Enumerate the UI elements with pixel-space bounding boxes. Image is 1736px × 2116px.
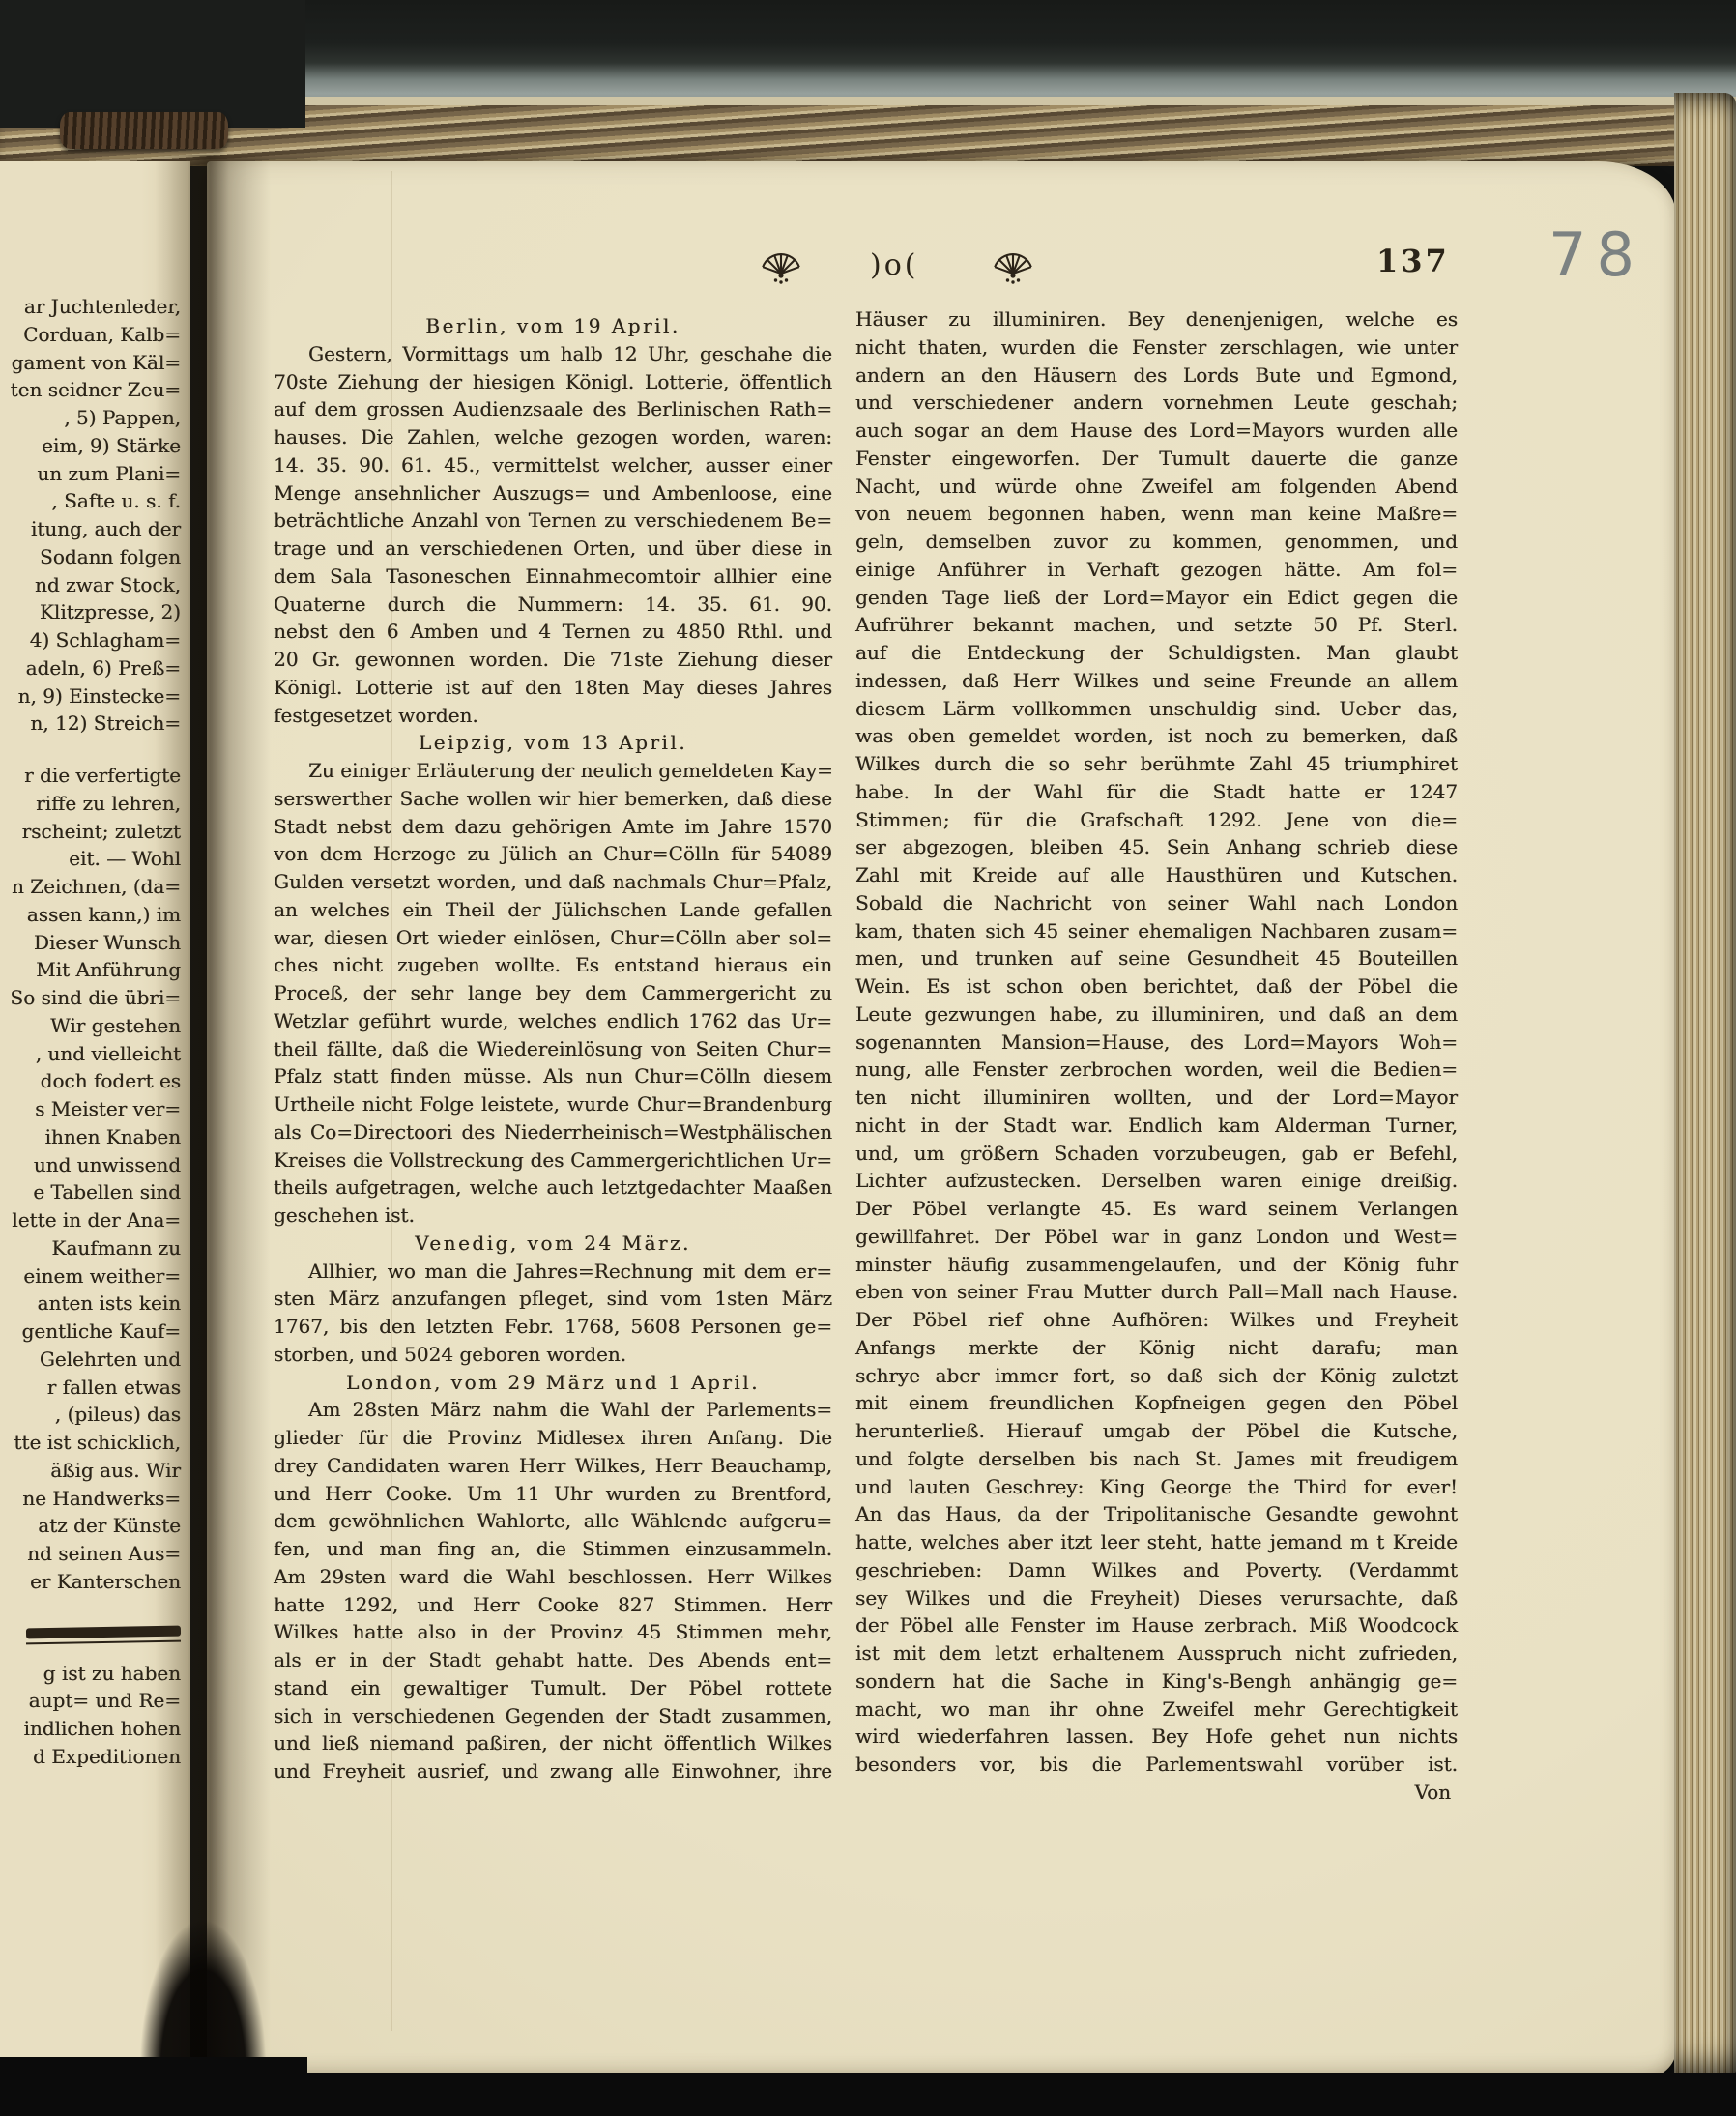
text-line: Nacht, und würde ohne Zweifel am folgend… <box>855 475 1458 503</box>
text-line: festgesetzet worden. <box>274 704 832 732</box>
right-column: Häuser zu illuminiren. Bey denenjenigen,… <box>855 307 1458 1781</box>
text-line: der Pöbel alle Fenster im Hause zerbrach… <box>855 1613 1458 1641</box>
text-line: n, 9) Einstecke= <box>0 684 181 712</box>
text-line: Zu einiger Erläuterung der neulich gemel… <box>274 759 832 787</box>
text-line: Dieser Wunsch <box>0 931 181 959</box>
text-line: wird wiederfahren lassen. Bey Hofe gehet… <box>855 1725 1458 1753</box>
text-line: So sind die übri= <box>0 986 181 1014</box>
text-line: nd seinen Aus= <box>0 1542 181 1570</box>
text-line: g ist zu haben <box>0 1662 181 1690</box>
text-line: herunterließ. Hierauf umgab der Pöbel di… <box>855 1419 1458 1447</box>
text-line: ten seidner Zeu= <box>0 378 181 406</box>
text-line: Aufrührer bekannt machen, und setzte 50 … <box>855 613 1458 641</box>
text-line: gament von Käl= <box>0 351 181 379</box>
text-line: assen kann,) im <box>0 903 181 931</box>
text-line: dem gewöhnlichen Wahlorte, alle Wählende… <box>274 1509 832 1537</box>
text-line: theil fällte, daß die Wiedereinlösung vo… <box>274 1037 832 1065</box>
text-line: Urtheile nicht Folge leistete, wurde Chu… <box>274 1092 832 1120</box>
text-line: geschrieben: Damn Wilkes and Poverty. (V… <box>855 1558 1458 1586</box>
text-line: Menge ansehnlicher Auszugs= und Ambenloo… <box>274 481 832 509</box>
book-scan: ar Juchtenleder,Corduan, Kalb=gament von… <box>0 0 1736 2116</box>
text-line: Gulden versetzt worden, und daß nachmals… <box>274 870 832 898</box>
text-line: sogenannten Mansion=Hause, des Lord=Mayo… <box>855 1030 1458 1058</box>
text-line: als er in der Stadt gehabt hatte. Des Ab… <box>274 1648 832 1676</box>
text-line: un zum Plani= <box>0 462 181 490</box>
text-line: Klitzpresse, 2) <box>0 600 181 628</box>
text-line: minster häufig zusammengelaufen, und der… <box>855 1253 1458 1281</box>
left-column: Berlin, vom 19 April.Gestern, Vormittags… <box>274 314 832 1787</box>
text-line: Corduan, Kalb= <box>0 323 181 351</box>
text-line: atz der Künste <box>0 1514 181 1542</box>
text-line: und folgte derselben bis nach St. James … <box>855 1447 1458 1475</box>
section-heading: Leipzig, vom 13 April. <box>274 731 832 759</box>
text-line: Pfalz statt finden müsse. Als nun Chur=C… <box>274 1064 832 1092</box>
text-line: Quaterne durch die Nummern: 14. 35. 61. … <box>274 593 832 621</box>
text-line: , 5) Pappen, <box>0 406 181 434</box>
text-line: sey Wilkes und die Freyheit) Dieses veru… <box>855 1586 1458 1614</box>
text-line: nung, alle Fenster zerbrochen worden, we… <box>855 1058 1458 1086</box>
text-line: Leute gezwungen habe, zu illuminiren, un… <box>855 1002 1458 1030</box>
text-line: mit einem freundlichen Kopfneigen gegen … <box>855 1391 1458 1419</box>
text-line: r die verfertigte <box>0 764 181 792</box>
text-line: er Kanterschen <box>0 1570 181 1598</box>
text-line: tte ist schicklich, <box>0 1431 181 1459</box>
text-line: als Co=Directoori des Niederrheinisch=We… <box>274 1120 832 1148</box>
text-line: theils aufgetragen, welche auch letztged… <box>274 1175 832 1203</box>
text-line: storben, und 5024 geboren worden. <box>274 1343 832 1371</box>
text-line: itung, auch der <box>0 517 181 545</box>
text-line: Am 29sten ward die Wahl beschlossen. Her… <box>274 1565 832 1593</box>
text-line: gentliche Kauf= <box>0 1319 181 1348</box>
text-line: riffe zu lehren, <box>0 792 181 820</box>
text-line: , Safte u. s. f. <box>0 489 181 517</box>
text-line: Sobald die Nachricht von seiner Wahl nac… <box>855 891 1458 919</box>
text-line: Kreises die Vollstreckung des Cammergeri… <box>274 1148 832 1176</box>
text-line: nicht thaten, wurden die Fenster zerschl… <box>855 335 1458 363</box>
text-line: 70ste Ziehung der hiesigen Königl. Lotte… <box>274 370 832 398</box>
text-line: eit. — Wohl <box>0 847 181 875</box>
fore-edge-pages <box>1674 93 1736 2080</box>
text-line: von neuem begonnen haben, wenn man keine… <box>855 502 1458 530</box>
page-137: )o( 137 78 Berlin, vom 19 April.Gestern,… <box>207 161 1676 2078</box>
text-line: Gestern, Vormittags um halb 12 Uhr, gesc… <box>274 342 832 370</box>
header-asterism: )o( <box>870 248 918 282</box>
text-line: auf die Entdeckung der Schuldigsten. Man… <box>855 641 1458 669</box>
text-line: und ließ niemand paßiren, der nicht öffe… <box>274 1731 832 1759</box>
text-line: Sodann folgen <box>0 545 181 573</box>
text-line: Zahl mit Kreide auf alle Hausthüren und … <box>855 863 1458 891</box>
page-number: 137 <box>1376 243 1450 279</box>
text-line: Wilkes durch die so sehr berühmte Zahl 4… <box>855 752 1458 780</box>
text-line: glieder für die Provinz Midlesex ihren A… <box>274 1426 832 1454</box>
text-line: Anfangs merkte der König nicht darafu; m… <box>855 1336 1458 1364</box>
text-line: Kaufmann zu <box>0 1236 181 1264</box>
text-line: Wilkes hatte also in der Provinz 45 Stim… <box>274 1620 832 1648</box>
text-line: auf dem grossen Audienzsaale des Berlini… <box>274 397 832 425</box>
section-heading: Venedig, vom 24 März. <box>274 1232 832 1260</box>
section-divider <box>26 1627 181 1643</box>
previous-page-text-fragments: ar Juchtenleder,Corduan, Kalb=gament von… <box>0 295 181 1773</box>
text-line: sten März anzufangen pfleget, sind vom 1… <box>274 1287 832 1315</box>
text-line: sondern hat die Sache in King's-Bengh an… <box>855 1669 1458 1697</box>
text-line: Häuser zu illuminiren. Bey denenjenigen,… <box>855 307 1458 335</box>
text-line: serswerther Sache wollen wir hier bemerk… <box>274 787 832 815</box>
section-heading: Berlin, vom 19 April. <box>274 314 832 342</box>
text-line: beträchtliche Anzahl von Ternen zu versc… <box>274 508 832 536</box>
text-line: einem weither= <box>0 1264 181 1292</box>
text-line: d Expeditionen <box>0 1745 181 1773</box>
fragment-block-upper: ar Juchtenleder,Corduan, Kalb=gament von… <box>0 295 181 739</box>
text-line: rscheint; zuletzt <box>0 820 181 848</box>
text-line: und Freyheit ausrief, und zwang alle Ein… <box>274 1759 832 1787</box>
text-line: r fallen etwas <box>0 1376 181 1404</box>
divider-line <box>26 1639 181 1644</box>
text-line: , und vielleicht <box>0 1042 181 1070</box>
text-line: indlichen hohen <box>0 1717 181 1745</box>
text-line: und verschiedener andern vornehmen Leute… <box>855 391 1458 419</box>
text-line: ches nicht zugeben wollte. Es entstand h… <box>274 953 832 981</box>
fragment-block-middle: r die verfertigteriffe zu lehren,rschein… <box>0 764 181 1598</box>
text-line: Am 28sten März nahm die Wahl der Parleme… <box>274 1398 832 1426</box>
text-line: eben von seiner Frau Mutter durch Pall=M… <box>855 1280 1458 1308</box>
text-line: Wetzlar geführt wurde, welches endlich 1… <box>274 1009 832 1037</box>
text-line: Gelehrten und <box>0 1348 181 1376</box>
text-line: Allhier, wo man die Jahres=Rechnung mit … <box>274 1260 832 1288</box>
fleuron-icon <box>992 244 1034 286</box>
text-line: adeln, 6) Preß= <box>0 656 181 684</box>
text-line: und Herr Cooke. Um 11 Uhr wurden zu Bren… <box>274 1482 832 1510</box>
text-line: doch fodert es <box>0 1069 181 1097</box>
text-line: sich in verschiedenen Gegenden der Stadt… <box>274 1704 832 1732</box>
text-line: hauses. Die Zahlen, welche gezogen worde… <box>274 425 832 453</box>
text-line: hatte, welches aber itzt leer steht, hat… <box>855 1530 1458 1558</box>
text-line: Fenster eingeworfen. Der Tumult dauerte … <box>855 447 1458 475</box>
text-line: und, um größern Schaden vorzubeugen, gab… <box>855 1142 1458 1170</box>
scan-background-bottom <box>0 2073 1736 2116</box>
text-line: men, und trunken auf seine Gesundheit 45… <box>855 946 1458 974</box>
text-line: andern an den Häusern des Lords Bute und… <box>855 363 1458 391</box>
text-line: ihnen Knaben <box>0 1125 181 1153</box>
text-line: äßig aus. Wir <box>0 1459 181 1487</box>
text-line: aupt= und Re= <box>0 1689 181 1717</box>
book-cover-corner <box>0 0 305 128</box>
text-line: eim, 9) Stärke <box>0 434 181 462</box>
previous-page-edge: ar Juchtenleder,Corduan, Kalb=gament von… <box>0 161 190 2062</box>
text-line: ist mit dem letzt erhaltenem Ausspruch n… <box>855 1641 1458 1669</box>
text-line: drey Candidaten waren Herr Wilkes, Herr … <box>274 1454 832 1482</box>
text-line: und lauten Geschrey: King George the Thi… <box>855 1475 1458 1503</box>
fleuron-icon <box>760 244 802 286</box>
text-line: An das Haus, da der Tripolitanische Gesa… <box>855 1502 1458 1530</box>
text-line: e Tabellen sind <box>0 1180 181 1208</box>
text-line: Mit Anführung <box>0 958 181 986</box>
text-line: Proceß, der sehr lange bey dem Cammerger… <box>274 981 832 1009</box>
text-line: Lichter aufzustecken. Derselben waren ei… <box>855 1169 1458 1197</box>
fragment-block-lower: g ist zu habenaupt= und Re=indlichen hoh… <box>0 1662 181 1773</box>
text-line: nicht in der Stadt war. Endlich kam Alde… <box>855 1114 1458 1142</box>
text-line: schrye aber immer fort, so daß sich der … <box>855 1364 1458 1392</box>
text-line: Wir gestehen <box>0 1014 181 1042</box>
text-line: 20 Gr. gewonnen worden. Die 71ste Ziehun… <box>274 648 832 676</box>
text-line: Stimmen; für die Grafschaft 1292. Jene v… <box>855 808 1458 836</box>
text-line: habe. In der Wahl für die Stadt hatte er… <box>855 780 1458 808</box>
text-line: auch sogar an dem Hause des Lord=Mayors … <box>855 419 1458 447</box>
text-line: was oben gemeldet worden, ist noch zu be… <box>855 724 1458 752</box>
text-line: Der Pöbel verlangte 45. Es ward seinem V… <box>855 1197 1458 1225</box>
text-line: Der Pöbel rief ohne Aufhören: Wilkes und… <box>855 1308 1458 1336</box>
text-line: nd zwar Stock, <box>0 573 181 601</box>
text-line: war, diesen Ort wieder einlösen, Chur=Cö… <box>274 926 832 954</box>
folio-stamp: 78 <box>1548 219 1644 290</box>
text-line: diesem Lärm vollkommen unschuldig sind. … <box>855 697 1458 725</box>
text-line: n Zeichnen, (da= <box>0 875 181 903</box>
text-line: ar Juchtenleder, <box>0 295 181 323</box>
text-line: ne Handwerks= <box>0 1487 181 1515</box>
divider-bar <box>26 1625 181 1638</box>
text-line: einige Anführer in Verhaft gezogen hätte… <box>855 558 1458 586</box>
text-line: lette in der Ana= <box>0 1208 181 1236</box>
text-line: hatte 1292, und Herr Cooke 827 Stimmen. … <box>274 1593 832 1621</box>
text-line: Stadt nebst dem dazu gehörigen Amte im J… <box>274 815 832 843</box>
text-line: geln, demselben zuvor zu kommen, genomme… <box>855 530 1458 558</box>
text-line: dem Sala Tasoneschen Einnahmecomtoir all… <box>274 565 832 593</box>
text-line: n, 12) Streich= <box>0 711 181 739</box>
text-line: und unwissend <box>0 1153 181 1181</box>
text-line: besonders vor, bis die Parlementswahl vo… <box>855 1753 1458 1781</box>
text-line: von dem Herzoge zu Jülich an Chur=Cölln … <box>274 842 832 870</box>
text-line: geschehen ist. <box>274 1203 832 1232</box>
text-line: 4) Schlagham= <box>0 628 181 656</box>
text-line: macht, wo man ihr ohne Zweifel mehr Gere… <box>855 1697 1458 1725</box>
text-line: stand ein gewaltiger Tumult. Der Pöbel r… <box>274 1676 832 1704</box>
text-line: 14. 35. 90. 61. 45., vermittelst welcher… <box>274 453 832 481</box>
text-line: gewillfahret. Der Pöbel war in ganz Lond… <box>855 1225 1458 1253</box>
text-line: Wein. Es ist schon oben berichtet, daß d… <box>855 974 1458 1002</box>
text-line: an welches ein Theil der Jülichschen Lan… <box>274 898 832 926</box>
text-line: kam, thaten sich 45 seiner ehemaligen Na… <box>855 919 1458 947</box>
text-line: fen, und man fing an, die Stimmen einzus… <box>274 1537 832 1565</box>
text-line: s Meister ver= <box>0 1097 181 1125</box>
section-heading: London, vom 29 März und 1 April. <box>274 1371 832 1399</box>
text-line: Königl. Lotterie ist auf den 18ten May d… <box>274 676 832 704</box>
text-line: 1767, bis den letzten Febr. 1768, 5608 P… <box>274 1315 832 1343</box>
headband <box>60 112 228 149</box>
text-line: ser abgezogen, bleiben 45. Sein Anhang s… <box>855 835 1458 863</box>
text-line: anten ists kein <box>0 1291 181 1319</box>
text-line: nebst den 6 Amben und 4 Ternen zu 4850 R… <box>274 620 832 648</box>
catchword: Von <box>855 1781 1451 1804</box>
text-line: trage und an verschiedenen Orten, und üb… <box>274 536 832 565</box>
text-line: , (pileus) das <box>0 1403 181 1431</box>
text-line: indessen, daß Herr Wilkes und seine Freu… <box>855 669 1458 697</box>
text-line: ten nicht illuminiren wollten, und der L… <box>855 1086 1458 1114</box>
text-line: genden Tage ließ der Lord=Mayor ein Edic… <box>855 586 1458 614</box>
